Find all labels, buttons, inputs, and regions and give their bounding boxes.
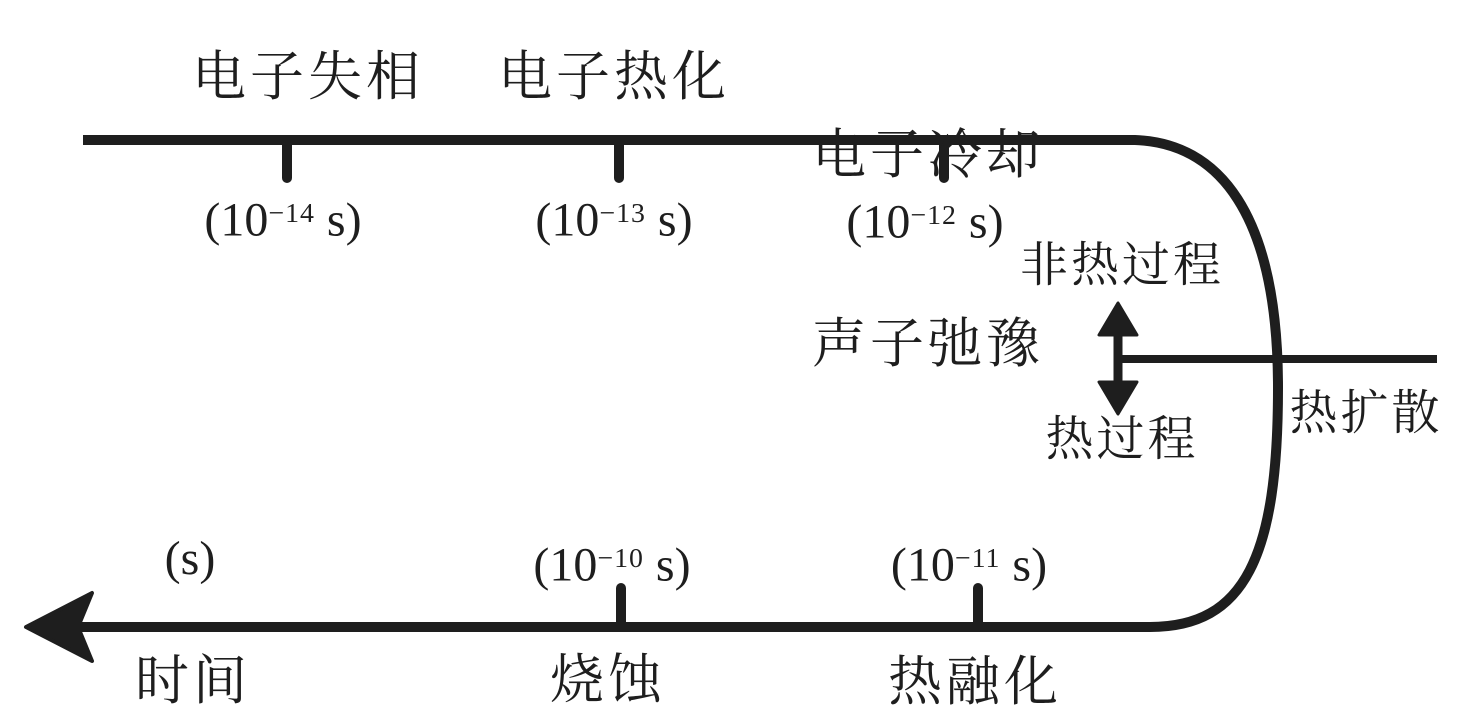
timescale-prefix: (10 [846, 195, 910, 248]
timeline-artwork [0, 0, 1476, 723]
timescale-prefix: (10 [204, 193, 268, 246]
timescale-ablation: (10−10 s) [533, 531, 690, 593]
event-label-electron-cooling-phonon-relaxation: 电子冷却 声子弛豫 [812, 0, 1044, 502]
timescale-exponent: −12 [910, 200, 957, 231]
timescale-exponent: −10 [597, 543, 644, 574]
axis-label-time: 时间 [135, 650, 251, 712]
timescale-exponent: −11 [955, 543, 1001, 574]
event-label-thermal-melting: 热融化 [888, 651, 1062, 713]
axis-unit-seconds: (s) [165, 531, 216, 587]
label-nonthermal-process: 非热过程 [1020, 238, 1224, 294]
event-label-line2: 声子弛豫 [812, 313, 1044, 376]
label-thermal-diffusion: 热扩散 [1289, 386, 1442, 442]
timescale-suffix: s) [315, 193, 362, 246]
timescale-electron-cooling: (10−12 s) [846, 188, 1003, 250]
event-label-ablation: 烧蚀 [550, 649, 666, 711]
timescale-thermal-melting: (10−11 s) [891, 531, 1047, 593]
timescale-electron-dephasing: (10−14 s) [204, 186, 361, 248]
timescale-suffix: s) [957, 195, 1004, 248]
timescale-prefix: (10 [535, 193, 599, 246]
timescale-exponent: −13 [599, 198, 646, 229]
timescale-prefix: (10 [891, 538, 955, 591]
ultrafast-timescale-diagram: 电子失相 电子热化 电子冷却 声子弛豫 (10−14 s) (10−13 s) … [0, 0, 1476, 723]
timescale-exponent: −14 [268, 198, 315, 229]
label-thermal-process: 热过程 [1045, 412, 1198, 468]
event-label-line1: 电子冷却 [812, 124, 1044, 187]
event-label-electron-dephasing: 电子失相 [192, 46, 424, 108]
event-label-electron-thermalization: 电子热化 [498, 46, 730, 108]
timescale-suffix: s) [646, 193, 693, 246]
timescale-suffix: s) [644, 538, 691, 591]
timescale-electron-thermalization: (10−13 s) [535, 186, 692, 248]
timescale-prefix: (10 [533, 538, 597, 591]
timescale-suffix: s) [1000, 538, 1047, 591]
